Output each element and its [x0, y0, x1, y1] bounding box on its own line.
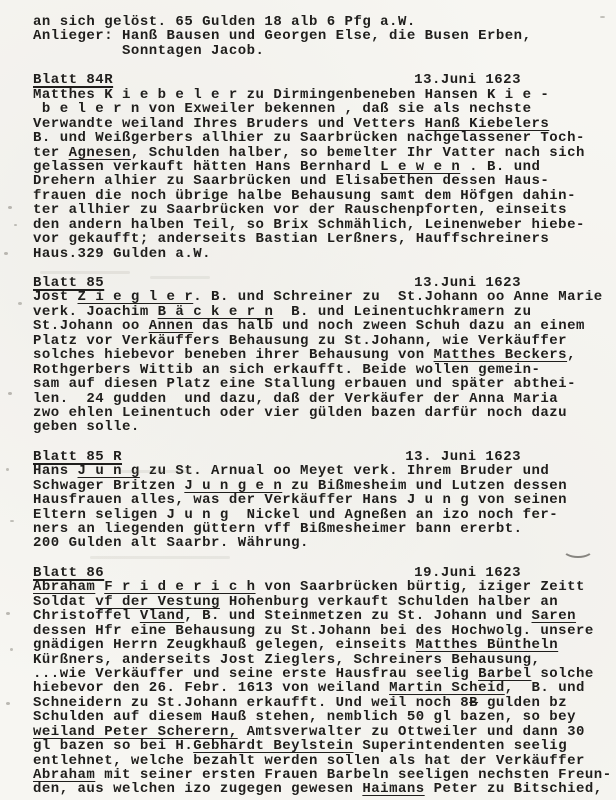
text-line: solches hiebevor beneben ihrer Behausung…	[33, 348, 616, 362]
entry-header: Blatt 8619.Juni 1623	[33, 566, 616, 580]
text-run: 200 Gulden alt Saarbr. Währung.	[33, 535, 309, 551]
text-line: Haus.329 Gulden a.W.	[33, 247, 616, 261]
blatt-label: Blatt 86	[33, 565, 104, 581]
text-line: ners an liegenden güttern vff Bißmesheim…	[33, 522, 616, 536]
entry-sections: Blatt 84R13.Juni 1623Matthes K i e b e l…	[33, 73, 616, 797]
scan-artifact	[600, 16, 605, 18]
scan-artifact	[150, 276, 210, 279]
text-line: 200 Gulden alt Saarbr. Währung.	[33, 536, 616, 550]
text-line: weiland Peter Scherern, Amtsverwalter zu…	[33, 725, 616, 739]
scan-artifact	[120, 470, 190, 473]
text-line: Verwandte weiland Ihres Bruders und Vett…	[33, 117, 616, 131]
text-run: den, aus welchen izo zugegen gewesen	[33, 781, 362, 797]
record-entry: Blatt 8513.Juni 1623Jost Z i e g l e r. …	[33, 276, 616, 435]
scan-artifact	[18, 302, 22, 305]
text-run: Haus.329 Gulden a.W.	[33, 246, 211, 262]
text-run: ,	[567, 347, 576, 363]
text-line: Eltern seligen J u n g Nickel und Agneße…	[33, 508, 616, 522]
scan-artifact	[4, 252, 8, 255]
scan-artifact	[8, 392, 12, 395]
text-line: den andern halben Teil, so Brix Schmähli…	[33, 218, 616, 232]
intro-paragraph: an sich gelöst. 65 Gulden 18 alb 6 Pfg a…	[33, 15, 616, 58]
entry-header: Blatt 8513.Juni 1623	[33, 276, 616, 290]
text-line: Kürßners, anderseits Jost Zieglers, Schr…	[33, 653, 616, 667]
text-line: Platz vor Verkäuffers Behausung zu St.Jo…	[33, 334, 616, 348]
text-line: Soldat vf der Vestung Hohenburg verkauft…	[33, 595, 616, 609]
entry-date: 19.Juni 1623	[414, 566, 521, 580]
scan-artifact	[6, 702, 10, 705]
scan-artifact	[6, 468, 9, 471]
text-line: ...wie Verkäuffer und seine erste Hausfr…	[33, 667, 616, 681]
text-line: Anlieger: Hanß Bausen und Georgen Else, …	[33, 29, 616, 43]
text-run: geben solle.	[33, 419, 140, 435]
scan-artifact	[40, 271, 130, 274]
text-line: vor gekaufft; anderseits Bastian Lerßner…	[33, 232, 616, 246]
entry-date: 13. Juni 1623	[405, 450, 521, 464]
text-line: len. 24 gudden und dazu, daß der Verkäuf…	[33, 392, 616, 406]
text-line: geben solle.	[33, 420, 616, 434]
scan-artifact	[90, 556, 230, 559]
text-line: ter Agnesen, Schulden halber, so bemelte…	[33, 146, 616, 160]
scan-artifact	[562, 540, 594, 558]
blatt-label: Blatt 84R	[33, 72, 113, 88]
text-line: Abraham F r i d e r i c h von Saarbrücke…	[33, 580, 616, 594]
text-line: an sich gelöst. 65 Gulden 18 alb 6 Pfg a…	[33, 15, 616, 29]
text-line: Hausfrauen alles, was der Verkäuffer Han…	[33, 493, 616, 507]
text-line: entlehnet, welche bezahlt werden sollen …	[33, 754, 616, 768]
text-line: Schneidern zu St.Johann erkaufft. Und we…	[33, 696, 616, 710]
text-line: Sonntagen Jacob.	[33, 44, 616, 58]
text-line: gl bazen so bei H.Gebhardt Beylstein Sup…	[33, 739, 616, 753]
text-run: Sonntagen Jacob.	[33, 43, 264, 59]
record-entry: Blatt 84R13.Juni 1623Matthes K i e b e l…	[33, 73, 616, 261]
scan-artifact	[6, 612, 10, 615]
underlined-text-run: Haimans	[362, 781, 424, 797]
entry-header: Blatt 85 R13. Juni 1623	[33, 450, 616, 464]
text-line: frauen die noch übrige halbe Behausung s…	[33, 189, 616, 203]
text-line: b e l e r n von Exweiler bekennen , daß …	[33, 102, 616, 116]
text-line: zwo ehlen Leinentuch oder vier gülden ba…	[33, 406, 616, 420]
text-line: sam auf diesen Platz eine Stallung erbau…	[33, 377, 616, 391]
text-line: Schulden auf diesem Hauß stehen, nemblic…	[33, 710, 616, 724]
entry-date: 13.Juni 1623	[414, 73, 521, 87]
text-line: Christoffel Vland, B. und Steinmetzen zu…	[33, 609, 616, 623]
text-line: ter allhier zu Saarbrücken vor der Rausc…	[33, 203, 616, 217]
text-line: gelassen verkauft hätten Hans Bernhard L…	[33, 160, 616, 174]
text-line: Drehern alhier zu Saarbrücken und Elisab…	[33, 174, 616, 188]
record-entry: Blatt 8619.Juni 1623Abraham F r i d e r …	[33, 566, 616, 797]
text-line: Matthes K i e b e l e r zu Dirmingenbene…	[33, 88, 616, 102]
text-run: Peter zu Bitschied,	[425, 781, 603, 797]
text-line: Schwager Britzen J u n g e n zu Bißmeshe…	[33, 479, 616, 493]
blatt-label: Blatt 85 R	[33, 449, 122, 465]
blatt-label: Blatt 85	[33, 275, 104, 291]
text-line: St.Johann oo Annen das halb und noch zwe…	[33, 319, 616, 333]
text-line: hiebevor den 26. Febr. 1613 von weiland …	[33, 681, 616, 695]
scan-artifact	[10, 648, 13, 651]
entry-date: 13.Juni 1623	[414, 276, 521, 290]
text-line: verk. Joachim B ä c k e r n B. und Leine…	[33, 305, 616, 319]
scan-artifact	[14, 224, 17, 226]
scan-artifact	[8, 206, 12, 209]
text-line: B. und Weißgerbers allhier zu Saarbrücke…	[33, 131, 616, 145]
text-line: den, aus welchen izo zugegen gewesen Hai…	[33, 782, 616, 796]
scan-artifact	[10, 520, 14, 522]
text-line: gnädigen Herrn Zeugkhauß gelegen, einsei…	[33, 638, 616, 652]
entry-header: Blatt 84R13.Juni 1623	[33, 73, 616, 87]
text-line: dessen Hfr eine Behausung zu St.Johann b…	[33, 624, 616, 638]
document-page: an sich gelöst. 65 Gulden 18 alb 6 Pfg a…	[0, 0, 616, 800]
text-line: Abraham mit seiner ersten Frauen Barbeln…	[33, 768, 616, 782]
text-line: Jost Z i e g l e r. B. und Schreiner zu …	[33, 290, 616, 304]
record-entry: Blatt 85 R13. Juni 1623Hans J u n g zu S…	[33, 450, 616, 551]
text-line: Rothgerbers Wittib an sich erkaufft. Bei…	[33, 363, 616, 377]
